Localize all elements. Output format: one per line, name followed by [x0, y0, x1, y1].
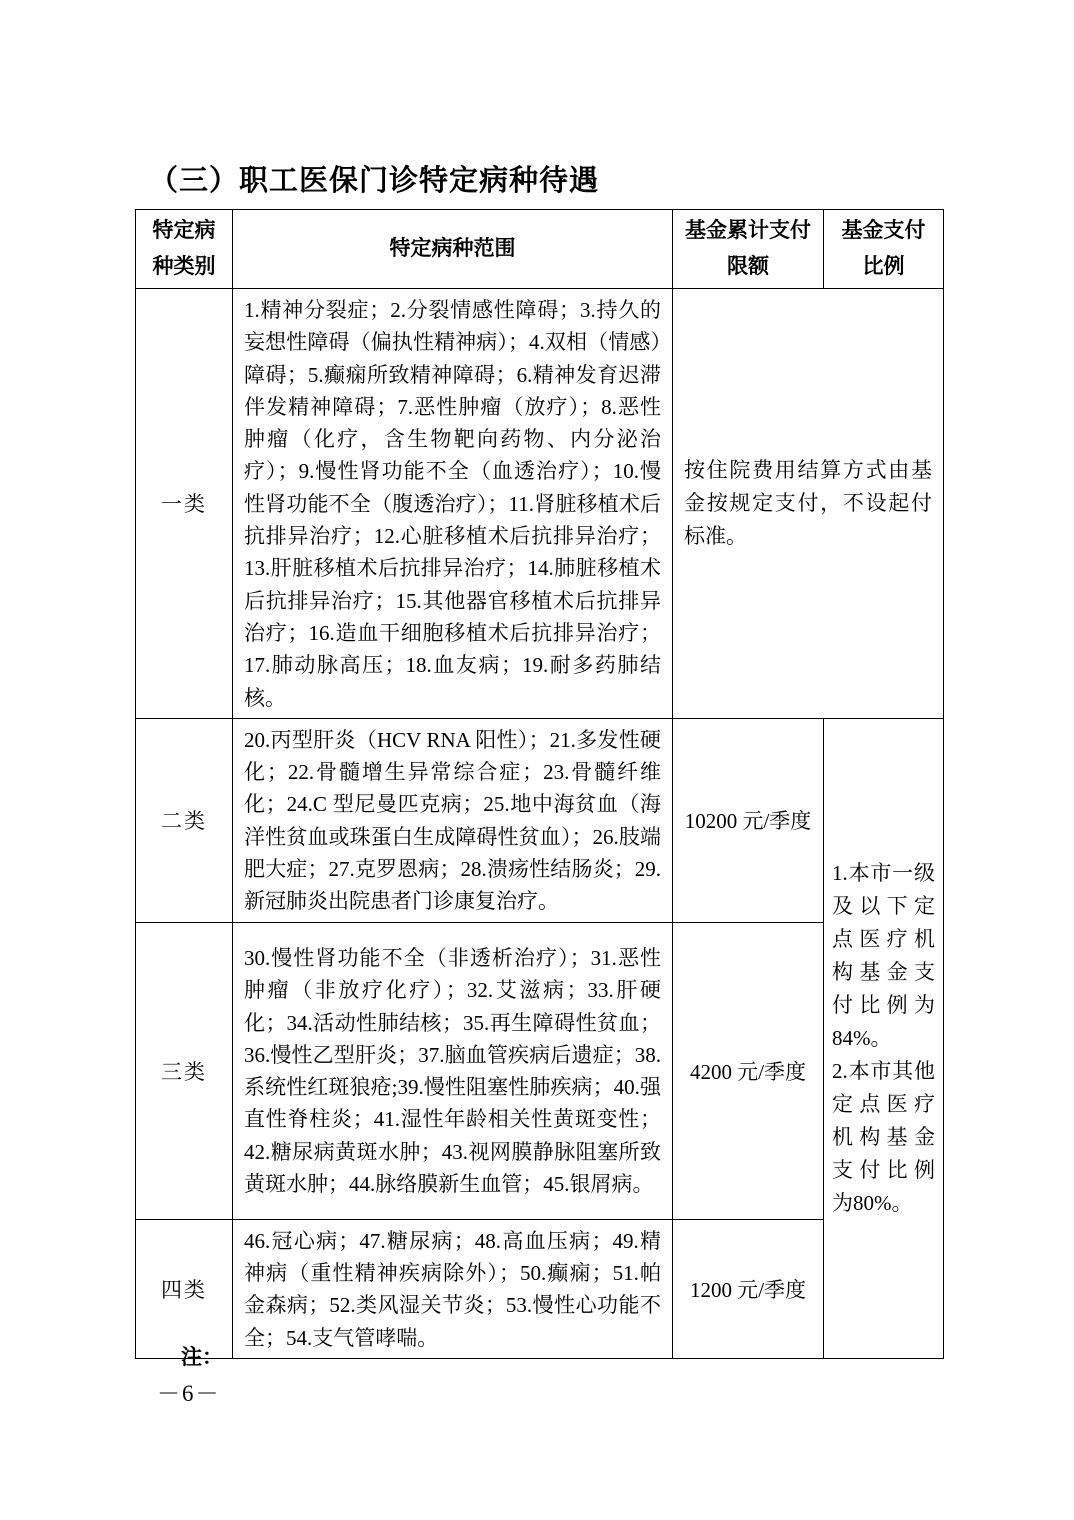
header-cell-ratio: 基金支付 比例 — [824, 210, 944, 289]
scope-cell-class3: 30.慢性肾功能不全（非透析治疗）；31.恶性肿瘤（非放疗化疗）；32.艾滋病；… — [233, 922, 673, 1219]
table-row-class3: 三类 30.慢性肾功能不全（非透析治疗）；31.恶性肿瘤（非放疗化疗）；32.艾… — [136, 922, 944, 1219]
ratio-note-item-1: 1.本市一级及以下定点医疗机构基金支付比例为84%。 — [832, 857, 935, 1055]
page-title: （三）职工医保门诊特定病种待遇 — [149, 158, 599, 199]
limit-cell-class4: 1200 元/季度 — [673, 1219, 824, 1358]
category-cell-class4: 四类 — [136, 1219, 233, 1358]
table-row-class1: 一类 1.精神分裂症；2.分裂情感性障碍；3.持久的妄想性障碍（偏执性精神病）；… — [136, 289, 944, 719]
note-label: 注： — [181, 1341, 223, 1371]
scope-cell-class4: 46.冠心病；47.糖尿病；48.高血压病；49.精神病（重性精神疾病除外）；5… — [233, 1219, 673, 1358]
scope-cell-class2: 20.丙型肝炎（HCV RNA 阳性）；21.多发性硬化；22.骨髓增生异常综合… — [233, 718, 673, 922]
table-header-row: 特定病 种类别 特定病种范围 基金累计支付 限额 基金支付 比例 — [136, 210, 944, 289]
limit-cell-class2: 10200 元/季度 — [673, 718, 824, 922]
limit-cell-class3: 4200 元/季度 — [673, 922, 824, 1219]
benefits-table: 特定病 种类别 特定病种范围 基金累计支付 限额 基金支付 比例 一类 1.精神… — [135, 209, 944, 1359]
page-number: －6－ — [157, 1375, 221, 1408]
category-cell-class3: 三类 — [136, 922, 233, 1219]
scope-cell-class1: 1.精神分裂症；2.分裂情感性障碍；3.持久的妄想性障碍（偏执性精神病）；4.双… — [233, 289, 673, 719]
ratio-note-item-2: 2.本市其他定点医疗机构基金支付比例为80%。 — [832, 1055, 935, 1220]
header-cell-category: 特定病 种类别 — [136, 210, 233, 289]
category-cell-class1: 一类 — [136, 289, 233, 719]
header-cell-scope: 特定病种范围 — [233, 210, 673, 289]
category-cell-class2: 二类 — [136, 718, 233, 922]
payment-rule-cell-class1: 按住院费用结算方式由基金按规定支付，不设起付标准。 — [673, 289, 944, 719]
ratio-note-cell: 1.本市一级及以下定点医疗机构基金支付比例为84%。 2.本市其他定点医疗机构基… — [824, 718, 944, 1358]
header-cell-limit: 基金累计支付 限额 — [673, 210, 824, 289]
table-row-class4: 四类 46.冠心病；47.糖尿病；48.高血压病；49.精神病（重性精神疾病除外… — [136, 1219, 944, 1358]
document-page: （三）职工医保门诊特定病种待遇 特定病 种类别 特定病种范围 基金累计支付 限额… — [0, 0, 1074, 1520]
table-row-class2: 二类 20.丙型肝炎（HCV RNA 阳性）；21.多发性硬化；22.骨髓增生异… — [136, 718, 944, 922]
